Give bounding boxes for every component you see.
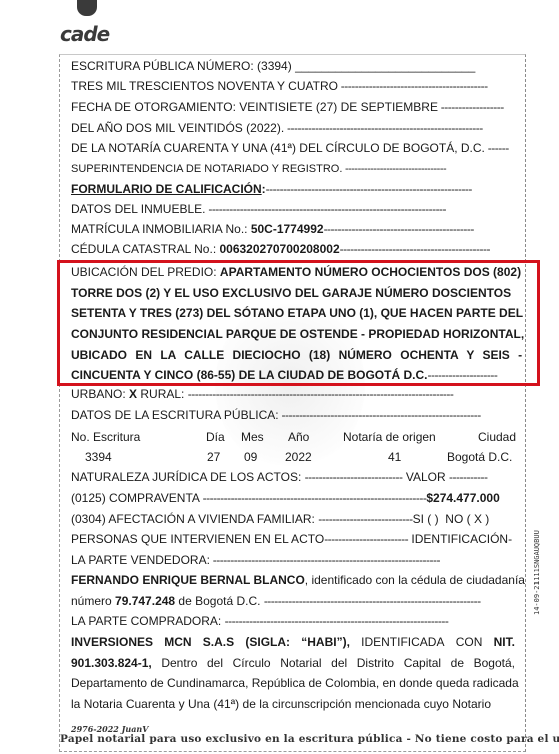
logo-wordmark: cade	[60, 22, 109, 46]
word: cuyo	[424, 697, 449, 711]
word: Una	[188, 697, 210, 711]
word: MCN	[164, 635, 191, 649]
table-cell: 2022	[285, 450, 312, 464]
ubicacion-line-6: CINCUENTA Y CINCO (86-55) DE LA CIUDAD D…	[71, 368, 497, 382]
word: de	[451, 656, 464, 670]
doc-line-notaria: DE LA NOTARÍA CUARENTA Y UNA (41ª) DEL C…	[71, 141, 509, 155]
doc-line-vendedora: LA PARTE VENDEDORA: --------------------…	[71, 553, 440, 567]
word: Cuarenta	[126, 697, 175, 711]
table-cell: 09	[244, 450, 257, 464]
side-date: 14-09-21	[533, 581, 541, 615]
doc-line-compraventa: (0125) COMPRAVENTA ---------------------…	[71, 491, 500, 505]
word: circunscripción	[272, 697, 351, 711]
word: 901.303.824-1,	[71, 656, 152, 670]
word: la	[71, 697, 80, 711]
doc-line-vendedor-nombre: FERNANDO ENRIQUE BERNAL BLANCO, identifi…	[71, 573, 525, 587]
side-serial-code: 1111SNGAUQBUU	[533, 530, 541, 585]
table-cell: 41	[388, 450, 401, 464]
vendedor-name: FERNANDO ENRIQUE BERNAL BLANCO	[71, 573, 305, 587]
word: (41ª)	[213, 697, 239, 711]
doc-line-escritura: ESCRITURA PÚBLICA NÚMERO: (3394) _______…	[71, 59, 475, 73]
word: Notaria	[84, 697, 123, 711]
word: de	[243, 697, 256, 711]
doc-line-afectacion: (0304) AFECTACIÓN A VIVIENDA FAMILIAR: -…	[71, 512, 489, 526]
notary-logo: cade	[60, 0, 110, 45]
word: Bogotá,	[474, 656, 515, 670]
doc-line-matricula: MATRÍCULA INMOBILIARIA No.: 50C-1774992-…	[71, 222, 474, 236]
table-header: Mes	[241, 430, 264, 444]
table-header: Día	[206, 430, 225, 444]
ubicacion-line-4: CONJUNTO RESIDENCIAL PARQUE DE OSTENDE -…	[71, 327, 524, 341]
word: NIT.	[494, 635, 515, 649]
word: mencionada	[355, 697, 420, 711]
doc-line-cedula-catastral: CÉDULA CATASTRAL No.: 006320270700208002…	[71, 242, 490, 256]
word: Notarial	[280, 656, 321, 670]
ubicacion-line-2: TORRE DOS (2) Y EL USO EXCLUSIVO DEL GAR…	[71, 286, 511, 300]
table-cell: 3394	[85, 450, 112, 464]
word: Notario	[452, 697, 491, 711]
notarial-paper-notice: Papel notarial para uso exclusivo en la …	[60, 733, 559, 745]
table-header: No. Escritura	[71, 430, 140, 444]
doc-line-formulario: FORMULARIO DE CALIFICACIÓN:-------------…	[71, 182, 472, 196]
doc-line-datos-escritura: DATOS DE LA ESCRITURA PÚBLICA: ---------…	[71, 408, 481, 422]
word: S.A.S	[203, 635, 234, 649]
word: del	[331, 656, 347, 670]
word: CON	[456, 635, 483, 649]
comprador-line-2: 901.303.824-1,DentrodelCírculoNotarialde…	[71, 656, 515, 670]
doc-line-naturaleza: NATURALEZA JURÍDICA DE LOS ACTOS: ------…	[71, 470, 487, 484]
ubicacion-line-5: UBICADO EN LA CALLE DIECIOCHO (18) NÚMER…	[71, 348, 522, 362]
doc-line-urbano: URBANO: X RURAL: -----------------------…	[71, 387, 453, 401]
doc-line-numero-letras: TRES MIL TRESCIENTOS NOVENTA Y CUATRO --…	[71, 79, 488, 93]
word: del	[207, 656, 223, 670]
word: INVERSIONES	[71, 635, 153, 649]
word: Departamento de Cundinamarca, República …	[71, 676, 519, 690]
table-header: Ciudad	[478, 430, 516, 444]
matricula-value: 50C-1774992	[251, 222, 324, 236]
comprador-line-4: laNotariaCuarentayUna(41ª)delacircunscri…	[71, 697, 491, 711]
logo-bell-icon	[77, 0, 97, 16]
doc-line-superintendencia: SUPERINTENDENCIA DE NOTARIADO Y REGISTRO…	[71, 162, 446, 176]
word: “HABI”),	[301, 635, 350, 649]
doc-line-anio: DEL AÑO DOS MIL VEINTIDÓS (2022). ------…	[71, 121, 483, 135]
word: IDENTIFICADA	[361, 635, 444, 649]
word: Círculo	[233, 656, 271, 670]
word: la	[259, 697, 268, 711]
table-cell: 27	[207, 450, 220, 464]
catastral-value: 006320270700208002	[219, 242, 339, 256]
word: y	[179, 697, 185, 711]
word: (SIGLA:	[245, 635, 290, 649]
ubicacion-line-1: UBICACIÓN DEL PREDIO: APARTAMENTO NÚMERO…	[71, 265, 521, 279]
doc-line-personas: PERSONAS QUE INTERVIENEN EN EL ACTO-----…	[71, 532, 512, 546]
doc-line-vendedor-id: número 79.747.248 de Bogotá D.C. -------…	[71, 594, 481, 608]
word: Capital	[404, 656, 441, 670]
table-header: Año	[288, 430, 309, 444]
comprador-line-1: INVERSIONESMCNS.A.S(SIGLA:“HABI”),IDENTI…	[71, 635, 515, 649]
ubicacion-line-3: SETENTA Y TRES (273) DEL SÓTANO ETAPA UN…	[71, 306, 523, 320]
compraventa-value: $274.477.000	[426, 491, 499, 505]
word: Distrito	[357, 656, 394, 670]
doc-line-compradora: LA PARTE COMPRADORA: -------------------…	[71, 614, 448, 628]
table-header: Notaría de origen	[343, 430, 436, 444]
word: Dentro	[161, 656, 197, 670]
comprador-line-3: Departamento de Cundinamarca, República …	[71, 676, 515, 690]
table-cell: Bogotá D.C.	[447, 450, 512, 464]
doc-line-datos-inmueble: DATOS DEL INMUEBLE. --------------------…	[71, 202, 446, 216]
doc-line-fecha: FECHA DE OTORGAMIENTO: VEINTISIETE (27) …	[71, 100, 504, 114]
